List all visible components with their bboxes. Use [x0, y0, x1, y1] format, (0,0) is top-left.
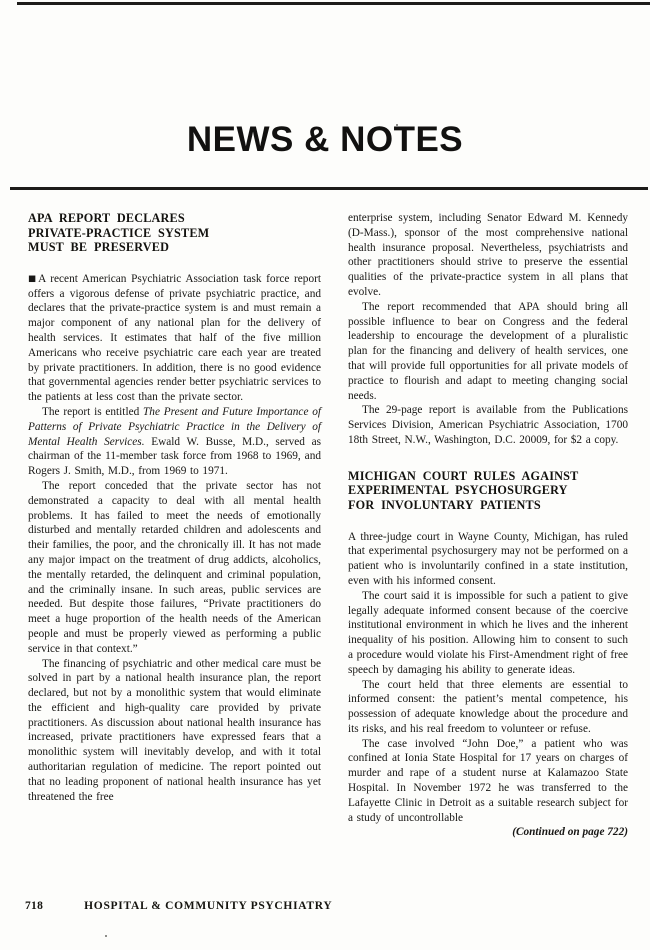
paragraph-apa-3: The report conceded that the private sec… — [28, 479, 321, 657]
paragraph-apa-1: ■A recent American Psychiatric Associati… — [28, 272, 321, 405]
two-column-layout: APA REPORT DECLARES PRIVATE-PRACTICE SYS… — [28, 211, 628, 840]
paragraph-apa-5-continuation: enterprise system, including Senator Edw… — [348, 211, 628, 300]
paragraph-michigan-4: The case involved “John Doe,” a patient … — [348, 737, 628, 826]
paragraph-michigan-1: A three-judge court in Wayne County, Mic… — [348, 530, 628, 589]
paragraph-text: The report is entitled — [42, 406, 143, 418]
square-bullet-marker: ■ — [28, 274, 37, 284]
page-number: 718 — [25, 900, 43, 912]
right-column: enterprise system, including Senator Edw… — [348, 211, 628, 840]
paragraph-apa-4: The financing of psychiatric and other m… — [28, 657, 321, 805]
paragraph-michigan-3: The court held that three elements are e… — [348, 678, 628, 737]
journal-page: NEWS & NOTES APA REPORT DECLARES PRIVATE… — [0, 0, 650, 950]
paragraph-text: A recent American Psychiatric Associatio… — [28, 273, 321, 403]
article-heading-apa-report: APA REPORT DECLARES PRIVATE-PRACTICE SYS… — [28, 211, 321, 255]
paragraph-apa-6: The report recommended that APA should b… — [348, 300, 628, 404]
paragraph-michigan-2: The court said it is impossible for such… — [348, 589, 628, 678]
left-column: APA REPORT DECLARES PRIVATE-PRACTICE SYS… — [28, 211, 321, 840]
page-footer: 718HOSPITAL & COMMUNITY PSYCHIATRY — [25, 900, 332, 912]
scan-artifact-dot — [396, 124, 398, 126]
header-rule — [10, 187, 648, 190]
paragraph-apa-7: The 29-page report is available from the… — [348, 403, 628, 447]
continued-note: (Continued on page 722) — [348, 825, 628, 840]
journal-name: HOSPITAL & COMMUNITY PSYCHIATRY — [84, 900, 332, 912]
paragraph-apa-2: The report is entitled The Present and F… — [28, 405, 321, 479]
top-rule — [17, 2, 650, 5]
article-heading-michigan-court: MICHIGAN COURT RULES AGAINST EXPERIMENTA… — [348, 469, 628, 513]
scan-artifact-dot — [105, 935, 107, 937]
page-title: NEWS & NOTES — [0, 120, 650, 160]
